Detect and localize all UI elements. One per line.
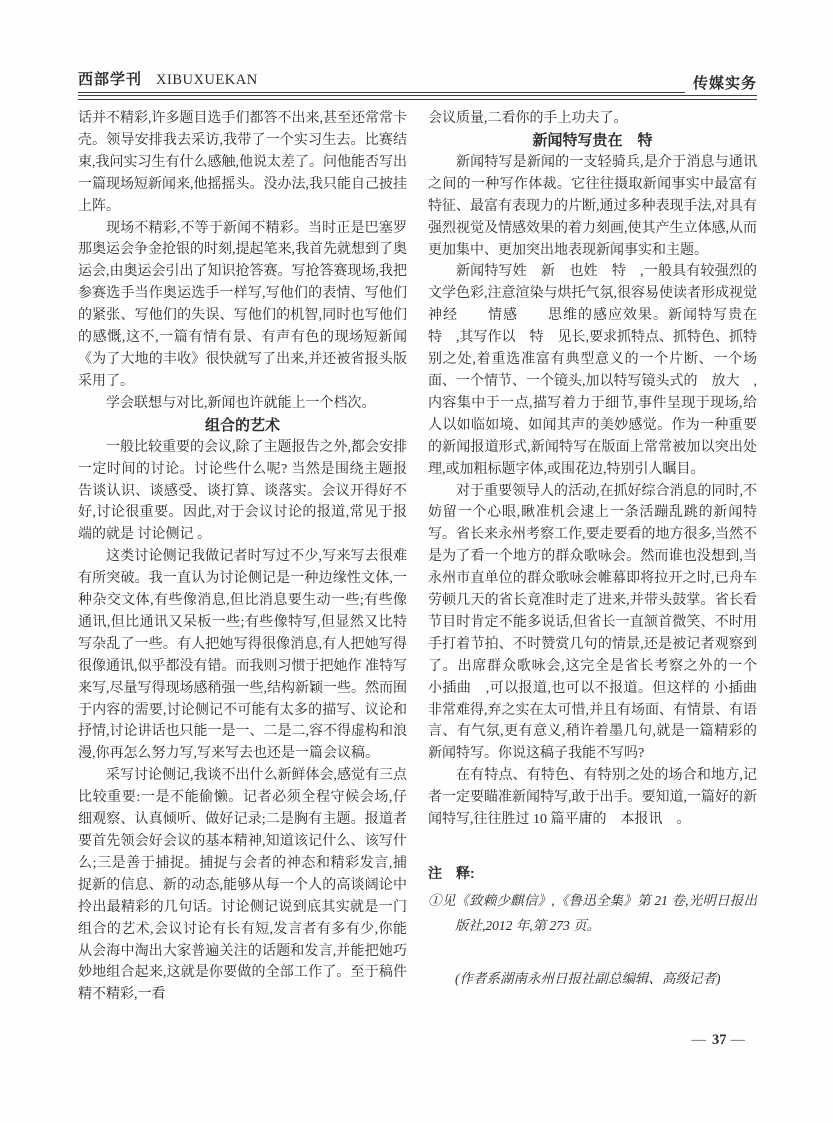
paragraph: 话并不精彩,许多题目选手们都答不出来,甚至还常常卡壳。领导安排我去采访,我带了一… <box>78 108 407 218</box>
page-number-dash-right: — <box>731 1032 748 1048</box>
page-content: 西部学刊 XIBUXUEKAN 传媒实务 话并不精彩,许多题目选手们都答不出来,… <box>78 68 757 1006</box>
paragraph: 采写讨论侧记,我谈不出什么新鲜体会,感觉有三点比较重要:一是不能偷懒。记者必须全… <box>78 765 407 1006</box>
paragraph: 会议质量,二看你的手上功夫了。 <box>428 108 757 130</box>
paragraph: 一般比较重要的会议,除了主题报告之外,都会安排一定时间的讨论。讨论些什么呢? 当… <box>78 437 407 547</box>
journal-page: 西部学刊 XIBUXUEKAN 传媒实务 话并不精彩,许多题目选手们都答不出来,… <box>0 0 833 1123</box>
paragraph: 学会联想与对比,新闻也许就能上一个档次。 <box>78 393 407 415</box>
page-footer: —37— <box>692 1032 748 1049</box>
section-label: 传媒实务 <box>693 72 757 93</box>
paragraph: 新闻特写是新闻的一支轻骑兵,是介于消息与通讯之间的一种写作体裁。它往往摄取新闻事… <box>428 152 757 262</box>
paragraph: 现场不精彩,不等于新闻不精彩。当时正是巴塞罗那奥运会争金抢银的时刻,提起笔来,我… <box>78 218 407 393</box>
note-item: ①见《致赖少麒信》,《鲁迅全集》第 21 卷,光明日报出版社,2012 年,第 … <box>428 888 757 938</box>
section-heading-composition: 组合的艺术 <box>78 415 407 437</box>
page-number: 37 <box>712 1032 727 1048</box>
paragraph: 新闻特写姓 新 也姓 特 ,一般具有较强烈的文学色彩,注意渲染与烘托气氛,很容易… <box>428 261 757 480</box>
left-column: 话并不精彩,许多题目选手们都答不出来,甚至还常常卡壳。领导安排我去采访,我带了一… <box>78 108 407 1006</box>
page-number-dash-left: — <box>692 1032 709 1048</box>
header-title-row: 西部学刊 XIBUXUEKAN 传媒实务 <box>78 68 757 93</box>
paragraph: 这类讨论侧记我做记者时写过不少,写来写去很难有所突破。我一直认为讨论侧记是一种边… <box>78 546 407 765</box>
article-body: 话并不精彩,许多题目选手们都答不出来,甚至还常常卡壳。领导安排我去采访,我带了一… <box>78 108 757 1006</box>
journal-title-en: XIBUXUEKAN <box>156 72 258 89</box>
page-header: 西部学刊 XIBUXUEKAN 传媒实务 <box>78 68 757 100</box>
header-left: 西部学刊 XIBUXUEKAN <box>78 68 685 93</box>
right-column: 会议质量,二看你的手上功夫了。 新闻特写贵在 特 新闻特写是新闻的一支轻骑兵,是… <box>428 108 757 1006</box>
paragraph: 在有特点、有特色、有特别之处的场合和地方,记者一定要瞄准新闻特写,敢于出手。要知… <box>428 765 757 831</box>
paragraph: 对于重要领导人的活动,在抓好综合消息的同时,不妨留一个心眼,瞅准机会逮上一条活蹦… <box>428 481 757 766</box>
notes-section: 注 释: ①见《致赖少麒信》,《鲁迅全集》第 21 卷,光明日报出版社,2012… <box>428 863 757 990</box>
author-line: (作者系湖南永州日报社副总编辑、高级记者) <box>428 968 757 990</box>
notes-title: 注 释: <box>428 863 757 883</box>
section-heading-feature: 新闻特写贵在 特 <box>428 130 757 152</box>
header-double-rule <box>78 95 757 100</box>
journal-title-cn: 西部学刊 <box>78 68 142 89</box>
